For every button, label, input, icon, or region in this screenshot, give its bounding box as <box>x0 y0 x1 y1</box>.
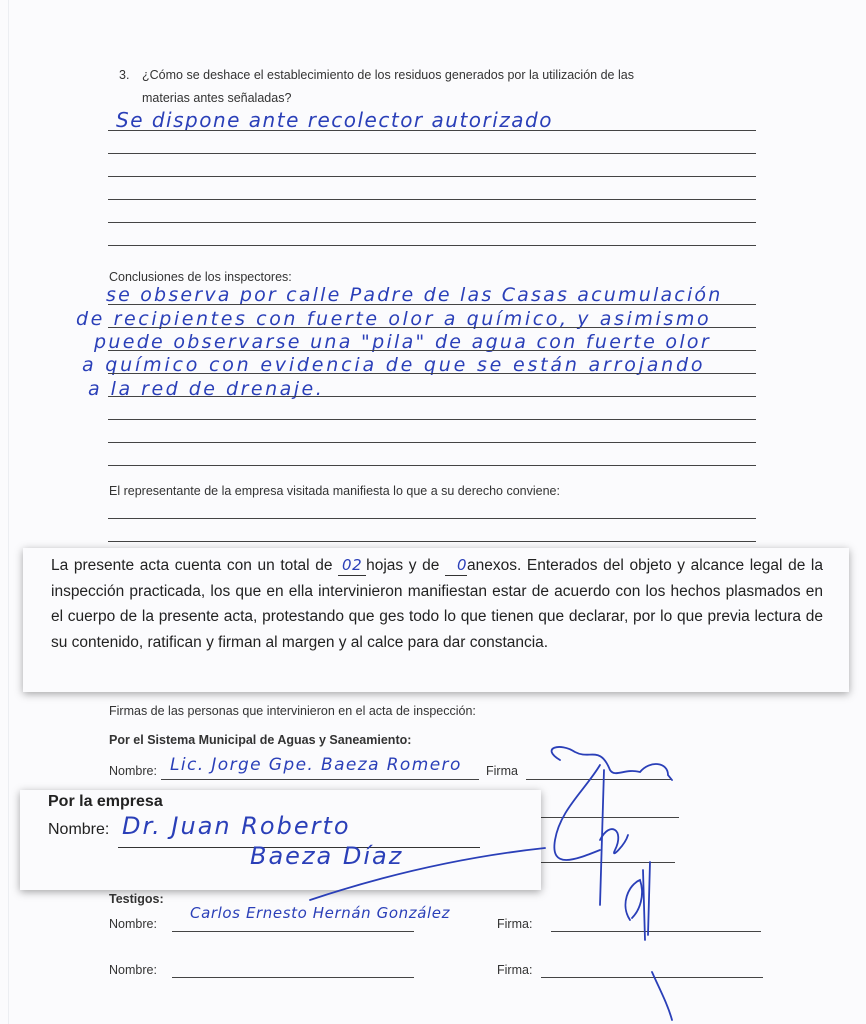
handwritten-signatures <box>0 0 866 1024</box>
